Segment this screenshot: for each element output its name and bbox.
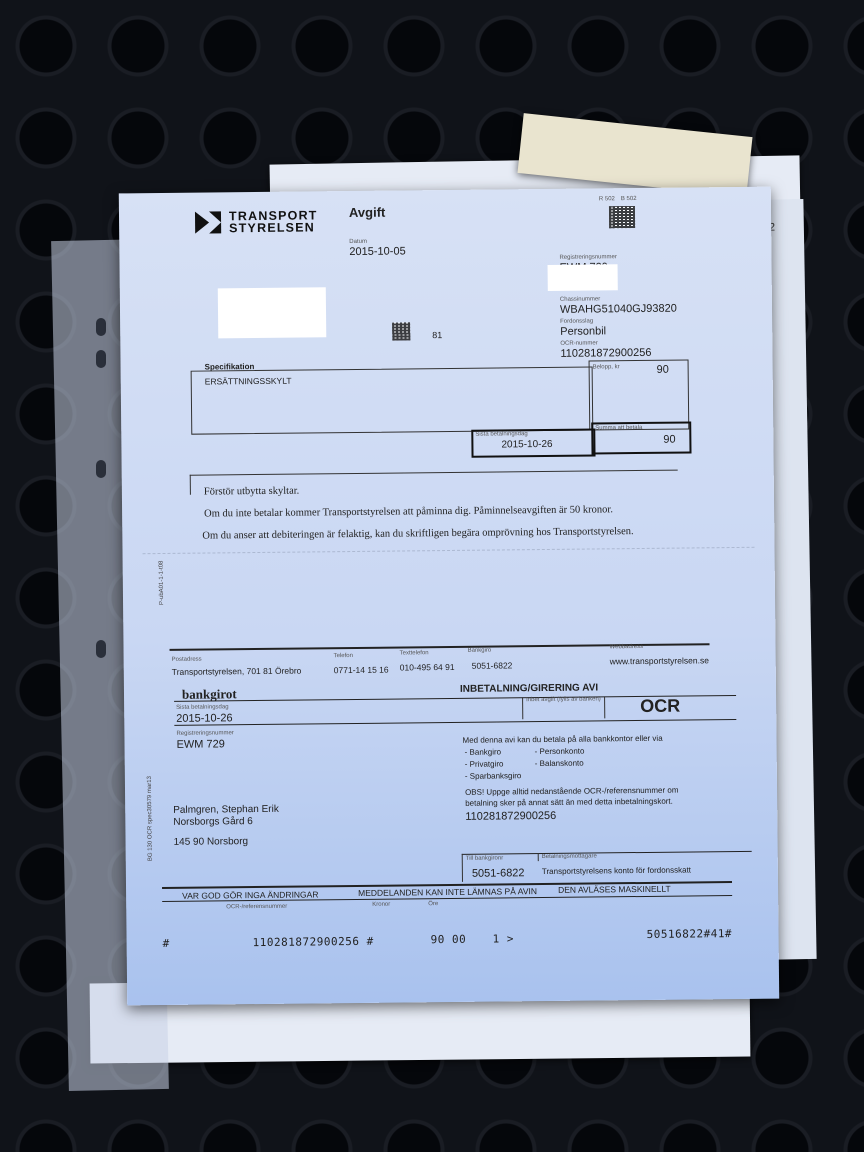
- payer-name: Palmgren, Stephan Erik: [173, 804, 279, 816]
- due-date-label: Sista betalningsdag: [475, 431, 527, 438]
- redacted-address: [218, 287, 327, 338]
- payer-city: 145 90 Norsborg: [174, 836, 249, 848]
- date-label: Datum: [349, 239, 367, 245]
- bankgiro-number: 5051-6822: [472, 660, 513, 670]
- payment-method: - Bankgiro: [465, 747, 502, 756]
- fee-box-right: [604, 696, 605, 718]
- fold-line: [143, 547, 755, 554]
- slip-due-label: Sista betalningsdag: [176, 704, 228, 711]
- web-label: Webbadress: [610, 644, 644, 650]
- form-code: B 502: [621, 196, 637, 202]
- recipient-name: Transportstyrelsens konto för fordonsska…: [542, 865, 691, 876]
- ocr-badge: OCR: [640, 696, 680, 717]
- payment-info: Med denna avi kan du betala på alla bank…: [462, 734, 662, 745]
- amount-label: Belopp, kr: [593, 364, 620, 370]
- ocr-ref-label: OCR-/referensnummer: [226, 904, 287, 911]
- machine-amount: 90 00: [431, 933, 467, 946]
- note-line: Om du inte betalar kommer Transportstyre…: [204, 504, 613, 519]
- slip-registration-label: Registreringsnummer: [176, 730, 233, 737]
- payment-method: - Balanskonto: [535, 759, 584, 769]
- chassis-number: WBAHG51040GJ93820: [560, 303, 677, 316]
- machine-check: 1 >: [493, 932, 515, 945]
- due-date-value: 2015-10-26: [501, 439, 552, 451]
- transportstyrelsen-logo: TRANSPORT STYRELSEN: [195, 209, 318, 234]
- bankgiro-box-top: [462, 851, 752, 855]
- phone-label: Telefon: [334, 653, 353, 659]
- amount-value: 90: [657, 364, 669, 376]
- paid-fee-label: Inbet avgift (fylls av banken): [526, 696, 601, 703]
- text-phone-number: 010-495 64 91: [400, 662, 455, 673]
- chassis-label: Chassinummer: [560, 296, 600, 302]
- text-phone-label: Texttelefon: [400, 650, 429, 656]
- invoice-page: TRANSPORT STYRELSEN Avgift R 502 B 502 D…: [119, 187, 779, 1006]
- obs-note: OBS! Uppge alltid nedanstående OCR-/refe…: [465, 786, 679, 797]
- punch-hole: [96, 350, 106, 368]
- code-81: 81: [432, 330, 442, 340]
- ocr-number: 110281872900256: [560, 347, 651, 360]
- machine-account: 50516822#41#: [646, 927, 732, 941]
- warning-text: DEN AVLÄSES MASKINELLT: [558, 884, 671, 895]
- phone-number: 0771-14 15 16: [334, 665, 389, 676]
- datamatrix-code: [609, 206, 635, 228]
- slip-registration-number: EWM 729: [176, 738, 224, 751]
- registration-label: Registreringsnummer: [559, 254, 616, 261]
- recipient-box-left: [538, 853, 539, 861]
- total-value: 90: [663, 434, 675, 446]
- slip-heading: INBETALNING/GIRERING AVI: [460, 682, 598, 694]
- obs-ocr-number: 110281872900256: [465, 810, 556, 823]
- note-line: Om du anser att debiteringen är felaktig…: [202, 526, 633, 542]
- to-bankgiro-label: Till bankgironr: [466, 855, 504, 861]
- payment-method: - Personkonto: [535, 747, 585, 757]
- payment-method: - Privatgiro: [465, 759, 504, 768]
- slip-due-date: 2015-10-26: [176, 712, 232, 725]
- fee-box-left: [522, 697, 523, 719]
- machine-ocr: 110281872900256 #: [253, 935, 374, 949]
- web-address[interactable]: www.transportstyrelsen.se: [610, 655, 709, 666]
- vehicle-type: Personbil: [560, 325, 606, 337]
- bankgiro-label: Bankgiro: [468, 648, 492, 654]
- obs-note: betalning sker på annat sätt än med dett…: [465, 797, 673, 808]
- notes-bracket: [190, 475, 191, 495]
- ocr-label: OCR-nummer: [560, 340, 597, 346]
- punch-hole: [96, 460, 106, 478]
- post-label: Postadress: [172, 657, 202, 663]
- recipient-label: Betalningsmottagare: [542, 853, 597, 860]
- machine-hash: #: [163, 937, 170, 950]
- note-line: Förstör utbytta skyltar.: [204, 486, 299, 498]
- datamatrix-code-small: [392, 322, 410, 340]
- form-code: R 502: [599, 196, 615, 202]
- specification-item: ERSÄTTNINGSSKYLT: [205, 376, 292, 387]
- logo-line2: STYRELSEN: [229, 221, 318, 234]
- vehicle-type-label: Fordonsslag: [560, 318, 593, 324]
- document-title: Avgift: [349, 205, 386, 220]
- redacted-registration: [548, 264, 618, 291]
- payment-method: - Sparbanksgiro: [465, 771, 522, 781]
- ore-label: Öre: [428, 901, 438, 907]
- form-code-vertical: P-ubA01-1-1-t08: [159, 561, 165, 605]
- date-value: 2015-10-05: [349, 245, 405, 258]
- logo-icon: [195, 211, 221, 233]
- payer-street: Norsborgs Gård 6: [173, 816, 253, 828]
- to-bankgiro-number: 5051-6822: [472, 867, 525, 880]
- form-code-vertical: BG 130 OCR spec30579 mar13: [147, 776, 154, 861]
- total-label: Summa att betala: [595, 425, 642, 431]
- kronor-label: Kronor: [372, 902, 390, 908]
- notes-divider: [190, 470, 678, 476]
- punch-hole: [96, 318, 106, 336]
- warning-text: MEDDELANDEN KAN INTE LÄMNAS PÅ AVIN: [358, 886, 537, 898]
- post-address: Transportstyrelsen, 701 81 Örebro: [172, 666, 302, 677]
- punch-hole: [96, 640, 106, 658]
- slip-divider: [174, 719, 736, 726]
- bankgiro-box-left: [462, 854, 463, 882]
